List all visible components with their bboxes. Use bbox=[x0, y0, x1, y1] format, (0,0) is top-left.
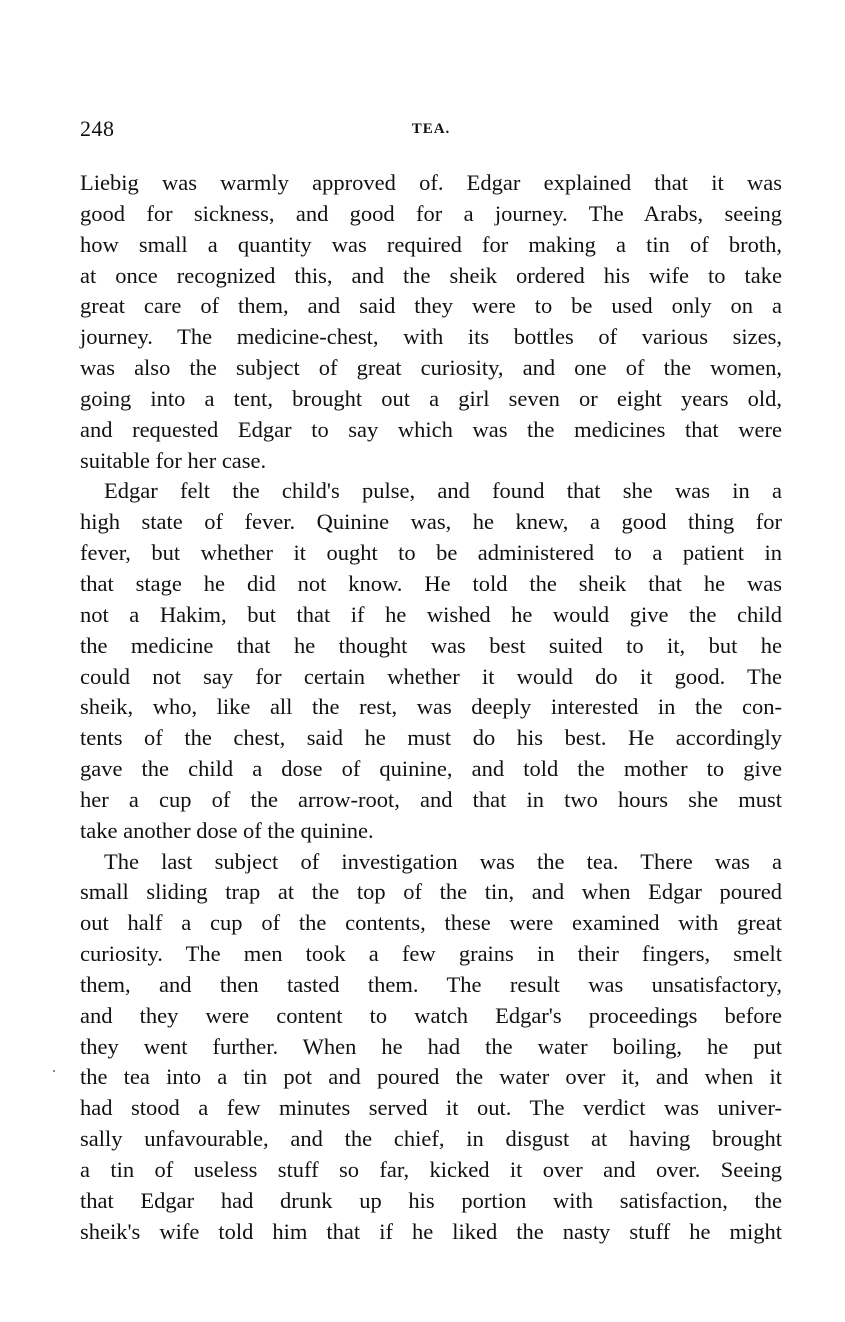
text-line: great care of them, and said they were t… bbox=[80, 291, 782, 322]
text-line: sally unfavourable, and the chief, in di… bbox=[80, 1124, 782, 1155]
text-line: the medicine that he thought was best su… bbox=[80, 631, 782, 662]
text-line: out half a cup of the contents, these we… bbox=[80, 908, 782, 939]
paragraph-1: Liebig was warmly approved of. Edgar exp… bbox=[80, 168, 782, 476]
text-line: take another dose of the quinine. bbox=[80, 816, 782, 847]
text-line: tents of the chest, said he must do his … bbox=[80, 723, 782, 754]
text-line: was also the subject of great curiosity,… bbox=[80, 353, 782, 384]
text-line: sheik's wife told him that if he liked t… bbox=[80, 1217, 782, 1248]
text-line: curiosity. The men took a few grains in … bbox=[80, 939, 782, 970]
paragraph-2: Edgar felt the child's pulse, and found … bbox=[80, 476, 782, 846]
text-line: journey. The medicine-chest, with its bo… bbox=[80, 322, 782, 353]
text-line: that Edgar had drunk up his portion with… bbox=[80, 1186, 782, 1217]
text-line: small sliding trap at the top of the tin… bbox=[80, 877, 782, 908]
text-line: sheik, who, like all the rest, was deepl… bbox=[80, 692, 782, 723]
text-line: her a cup of the arrow-root, and that in… bbox=[80, 785, 782, 816]
text-line: a tin of useless stuff so far, kicked it… bbox=[80, 1155, 782, 1186]
text-line: gave the child a dose of quinine, and to… bbox=[80, 754, 782, 785]
text-line: fever, but whether it ought to be admini… bbox=[80, 538, 782, 569]
text-line: they went further. When he had the water… bbox=[80, 1032, 782, 1063]
text-line: high state of fever. Quinine was, he kne… bbox=[80, 507, 782, 538]
body-text: Liebig was warmly approved of. Edgar exp… bbox=[80, 168, 782, 1248]
text-line: them, and then tasted them. The result w… bbox=[80, 970, 782, 1001]
text-line: going into a tent, brought out a girl se… bbox=[80, 384, 782, 415]
text-line: could not say for certain whether it wou… bbox=[80, 662, 782, 693]
text-line: Liebig was warmly approved of. Edgar exp… bbox=[80, 168, 782, 199]
text-line: not a Hakim, but that if he wished he wo… bbox=[80, 600, 782, 631]
text-line: that stage he did not know. He told the … bbox=[80, 569, 782, 600]
scan-speck bbox=[53, 1070, 55, 1072]
book-page: 248 TEA. Liebig was warmly approved of. … bbox=[0, 0, 845, 1322]
text-line: suitable for her case. bbox=[80, 446, 782, 477]
text-line: Edgar felt the child's pulse, and found … bbox=[80, 476, 782, 507]
running-title: TEA. bbox=[80, 121, 782, 138]
page-header: 248 TEA. bbox=[80, 116, 782, 146]
text-line: good for sickness, and good for a journe… bbox=[80, 199, 782, 230]
text-line: and requested Edgar to say which was the… bbox=[80, 415, 782, 446]
paragraph-3: The last subject of investigation was th… bbox=[80, 847, 782, 1248]
text-line: the tea into a tin pot and poured the wa… bbox=[80, 1062, 782, 1093]
text-line: The last subject of investigation was th… bbox=[80, 847, 782, 878]
text-line: how small a quantity was required for ma… bbox=[80, 230, 782, 261]
text-line: and they were content to watch Edgar's p… bbox=[80, 1001, 782, 1032]
text-line: at once recognized this, and the sheik o… bbox=[80, 261, 782, 292]
text-line: had stood a few minutes served it out. T… bbox=[80, 1093, 782, 1124]
